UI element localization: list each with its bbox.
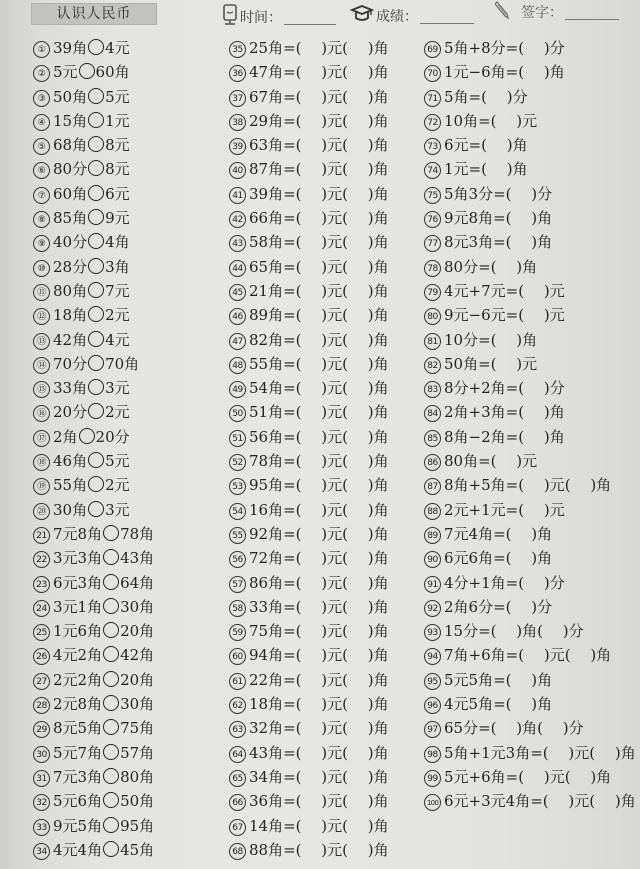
comparison-circle[interactable] — [88, 88, 104, 104]
comparison-circle[interactable] — [103, 646, 119, 662]
problem-number: 57 — [229, 576, 246, 593]
left-amount: 8元5角 — [53, 719, 102, 737]
left-amount: 46角 — [53, 452, 87, 470]
calculation-problem: 878角+5角=( )元( )角 — [424, 473, 639, 497]
comparison-circle[interactable] — [88, 258, 104, 274]
problem-text[interactable]: 87角=( )元( )角 — [249, 160, 389, 178]
problem-text[interactable]: 6元=( )角 — [444, 136, 528, 154]
conversion-problem: 6218角=( )元( )角 — [229, 692, 419, 716]
problem-number: 30 — [33, 746, 50, 763]
problem-number: ⑦ — [33, 187, 50, 204]
problem-text[interactable]: 47角=( )元( )角 — [249, 63, 389, 81]
calculation-problem: 955元5角=( )角 — [424, 668, 639, 692]
right-amount: 2元 — [105, 403, 130, 421]
comparison-circle[interactable] — [103, 525, 119, 541]
problem-number: 77 — [424, 235, 441, 252]
right-amount: 8元 — [105, 136, 130, 154]
problem-text[interactable]: 75角=( )元( )角 — [249, 622, 389, 640]
problem-text[interactable]: 4元5角=( )角 — [444, 695, 552, 713]
left-amount: 2角 — [53, 428, 78, 446]
problem-text[interactable]: 10角=( )元 — [444, 112, 537, 130]
problem-number: 45 — [229, 284, 246, 301]
conversion-problem: 6443角=( )元( )角 — [229, 741, 419, 765]
problem-text[interactable]: 80角=( )元 — [444, 452, 537, 470]
calculation-problem: 755角3分=( )分 — [424, 182, 639, 206]
comparison-circle[interactable] — [88, 209, 104, 225]
signature-input[interactable] — [565, 5, 619, 20]
problem-number: 46 — [229, 308, 246, 325]
problem-number: 28 — [33, 697, 50, 714]
problem-number: 62 — [229, 697, 246, 714]
comparison-circle[interactable] — [79, 428, 95, 444]
problem-text[interactable]: 94角=( )元( )角 — [249, 646, 389, 664]
comparison-problem: ④15角1元 — [33, 109, 223, 133]
problem-text[interactable]: 66角=( )元( )角 — [249, 209, 389, 227]
problem-text[interactable]: 7角+6角=( )元( )角 — [444, 646, 611, 664]
comparison-circle[interactable] — [103, 671, 119, 687]
problem-text[interactable]: 2角6分=( )分 — [444, 598, 552, 616]
problem-number: ⑨ — [33, 235, 50, 252]
comparison-problem: ⑳30角3元 — [33, 498, 223, 522]
calculation-problem: 695角+8分=( )分 — [424, 36, 639, 60]
problem-text[interactable]: 15分=( )角( )分 — [444, 622, 584, 640]
problem-number: 88 — [424, 503, 441, 520]
problem-number: ⑩ — [33, 260, 50, 277]
calculation-problem: 7210角=( )元 — [424, 109, 639, 133]
calculation-problem: 947角+6角=( )元( )角 — [424, 643, 639, 667]
right-amount: 57角 — [120, 744, 154, 762]
right-amount: 20角 — [120, 671, 154, 689]
problem-text[interactable]: 29角=( )元( )角 — [249, 112, 389, 130]
calculation-problem: 922角6分=( )分 — [424, 595, 639, 619]
problem-number: ⑳ — [33, 503, 50, 520]
conversion-problem: 5051角=( )元( )角 — [229, 400, 419, 424]
left-amount: 33角 — [53, 379, 87, 397]
left-amount: 40分 — [53, 233, 87, 251]
left-amount: 50角 — [53, 88, 87, 106]
problem-text[interactable]: 65分=( )角( )分 — [444, 719, 584, 737]
problem-number: ⑭ — [33, 357, 50, 374]
conversion-column: 3525角=( )元( )角3647角=( )元( )角3767角=( )元( … — [229, 36, 419, 862]
comparison-problem: ⑮33角3元 — [33, 376, 223, 400]
problem-number: 71 — [424, 90, 441, 107]
problem-text[interactable]: 95角=( )元( )角 — [249, 476, 389, 494]
comparison-circle[interactable] — [88, 233, 104, 249]
problem-number: 100 — [424, 794, 441, 811]
left-amount: 60角 — [53, 185, 87, 203]
comparison-circle[interactable] — [79, 63, 95, 79]
calculation-problem: 7880分=( )角 — [424, 255, 639, 279]
comparison-problem: ⑲55角2元 — [33, 473, 223, 497]
comparison-problem: 251元6角20角 — [33, 619, 223, 643]
right-amount: 30角 — [120, 598, 154, 616]
problem-number: 64 — [229, 746, 246, 763]
comparison-circle[interactable] — [88, 185, 104, 201]
comparison-circle[interactable] — [88, 501, 104, 517]
problem-number: 34 — [33, 843, 50, 860]
problem-text[interactable]: 9元8角=( )角 — [444, 209, 552, 227]
problem-text[interactable]: 88角=( )元( )角 — [249, 841, 389, 859]
problem-number: 40 — [229, 162, 246, 179]
problem-number: 50 — [229, 405, 246, 422]
problem-text[interactable]: 55角=( )元( )角 — [249, 355, 389, 373]
comparison-problem: ⑱46角5元 — [33, 449, 223, 473]
right-amount: 4角 — [105, 233, 130, 251]
problem-text[interactable]: 43角=( )元( )角 — [249, 744, 389, 762]
problem-number: 43 — [229, 235, 246, 252]
problem-number: ⑫ — [33, 308, 50, 325]
comparison-circle[interactable] — [88, 331, 104, 347]
problem-text[interactable]: 5角+1元3角=( )元( )角 — [444, 744, 636, 762]
right-amount: 3元 — [105, 501, 130, 519]
comparison-circle[interactable] — [103, 841, 119, 857]
problem-number: ① — [33, 41, 50, 58]
comparison-problem: ⑯20分2元 — [33, 400, 223, 424]
problem-number: ⑱ — [33, 454, 50, 471]
problem-text[interactable]: 80分=( )角 — [444, 258, 537, 276]
problem-text[interactable]: 25角=( )元( )角 — [249, 39, 389, 57]
problem-text[interactable]: 39角=( )元( )角 — [249, 185, 389, 203]
problem-text[interactable]: 82角=( )元( )角 — [249, 331, 389, 349]
calculation-problem: 794元+7元=( )元 — [424, 279, 639, 303]
conversion-problem: 5278角=( )元( )角 — [229, 449, 419, 473]
problem-number: 81 — [424, 333, 441, 350]
conversion-problem: 5975角=( )元( )角 — [229, 619, 419, 643]
problem-number: ⑬ — [33, 333, 50, 350]
comparison-column: ①39角4元②5元60角③50角5元④15角1元⑤68角8元⑥80分8元⑦60角… — [33, 36, 223, 862]
calculation-problem: 736元=( )角 — [424, 133, 639, 157]
problem-number: 82 — [424, 357, 441, 374]
problem-number: 42 — [229, 211, 246, 228]
left-amount: 2元8角 — [53, 695, 102, 713]
problem-number: 68 — [229, 843, 246, 860]
conversion-problem: 3963角=( )元( )角 — [229, 133, 419, 157]
right-amount: 70角 — [105, 355, 139, 373]
problem-text[interactable]: 33角=( )元( )角 — [249, 598, 389, 616]
comparison-problem: ⑦60角6元 — [33, 182, 223, 206]
calculation-problem: 701元−6角=( )角 — [424, 60, 639, 84]
left-amount: 5元6角 — [53, 792, 102, 810]
calculation-problem: 9315分=( )角( )分 — [424, 619, 639, 643]
problem-text[interactable]: 51角=( )元( )角 — [249, 403, 389, 421]
comparison-problem: 317元3角80角 — [33, 765, 223, 789]
calculation-problem: 858角−2角=( )角 — [424, 425, 639, 449]
problem-number: ⑪ — [33, 284, 50, 301]
left-amount: 3元3角 — [53, 549, 102, 567]
conversion-problem: 5592角=( )元( )角 — [229, 522, 419, 546]
calculation-problem: 809元−6元=( )元 — [424, 303, 639, 327]
problem-text[interactable]: 63角=( )元( )角 — [249, 136, 389, 154]
conversion-problem: 6122角=( )元( )角 — [229, 668, 419, 692]
comparison-circle[interactable] — [103, 598, 119, 614]
problem-number: 78 — [424, 260, 441, 277]
comparison-circle[interactable] — [103, 622, 119, 638]
comparison-problem: ⑩28分3角 — [33, 255, 223, 279]
left-amount: 39角 — [53, 39, 87, 57]
left-amount: 5元7角 — [53, 744, 102, 762]
problem-text[interactable]: 18角=( )元( )角 — [249, 695, 389, 713]
left-amount: 20分 — [53, 403, 87, 421]
problem-text[interactable]: 5角=( )分 — [444, 88, 528, 106]
problem-number: ④ — [33, 114, 50, 131]
problem-text[interactable]: 8元3角=( )角 — [444, 233, 552, 251]
time-field: 时间： — [222, 4, 336, 31]
problem-text[interactable]: 58角=( )元( )角 — [249, 233, 389, 251]
problem-number: 59 — [229, 624, 246, 641]
comparison-problem: 243元1角30角 — [33, 595, 223, 619]
conversion-problem: 4139角=( )元( )角 — [229, 182, 419, 206]
problem-text[interactable]: 10分=( )角 — [444, 331, 537, 349]
problem-text[interactable]: 54角=( )元( )角 — [249, 379, 389, 397]
problem-text[interactable]: 67角=( )元( )角 — [249, 88, 389, 106]
comparison-circle[interactable] — [103, 744, 119, 760]
problem-number: ⑲ — [33, 478, 50, 495]
left-amount: 6元3角 — [53, 574, 102, 592]
right-amount: 95角 — [120, 817, 154, 835]
problem-number: 60 — [229, 648, 246, 665]
problem-number: 72 — [424, 114, 441, 131]
problem-number: ⑰ — [33, 430, 50, 447]
score-input[interactable] — [420, 9, 474, 24]
comparison-circle[interactable] — [88, 136, 104, 152]
problem-number: 27 — [33, 673, 50, 690]
comparison-circle[interactable] — [103, 695, 119, 711]
comparison-circle[interactable] — [88, 355, 104, 371]
calculation-problem: 778元3角=( )角 — [424, 230, 639, 254]
problem-text[interactable]: 92角=( )元( )角 — [249, 525, 389, 543]
comparison-problem: 305元7角57角 — [33, 741, 223, 765]
problem-number: 35 — [229, 41, 246, 58]
comparison-circle[interactable] — [103, 719, 119, 735]
conversion-problem: 4689角=( )元( )角 — [229, 303, 419, 327]
problem-number: 26 — [33, 648, 50, 665]
problem-text[interactable]: 8分+2角=( )分 — [444, 379, 565, 397]
problem-text[interactable]: 78角=( )元( )角 — [249, 452, 389, 470]
problem-number: ⑮ — [33, 381, 50, 398]
problem-number: 54 — [229, 503, 246, 520]
comparison-circle[interactable] — [88, 379, 104, 395]
problem-number: 98 — [424, 746, 441, 763]
problem-text[interactable]: 86角=( )元( )角 — [249, 574, 389, 592]
comparison-circle[interactable] — [88, 476, 104, 492]
right-amount: 50角 — [120, 792, 154, 810]
conversion-problem: 3767角=( )元( )角 — [229, 85, 419, 109]
problem-number: 96 — [424, 697, 441, 714]
conversion-problem: 4782角=( )元( )角 — [229, 328, 419, 352]
comparison-problem: ⑨40分4角 — [33, 230, 223, 254]
problem-number: 83 — [424, 381, 441, 398]
right-amount: 7元 — [105, 282, 130, 300]
right-amount: 64角 — [120, 574, 154, 592]
calculation-problem: 8250角=( )元 — [424, 352, 639, 376]
right-amount: 6元 — [105, 185, 130, 203]
problem-number: 84 — [424, 405, 441, 422]
comparison-circle[interactable] — [88, 160, 104, 176]
left-amount: 28分 — [53, 258, 87, 276]
right-amount: 1元 — [105, 112, 130, 130]
conversion-problem: 3647角=( )元( )角 — [229, 60, 419, 84]
comparison-circle[interactable] — [103, 817, 119, 833]
comparison-problem: ⑰2角20分 — [33, 425, 223, 449]
problem-text[interactable]: 65角=( )元( )角 — [249, 258, 389, 276]
left-amount: 68角 — [53, 136, 87, 154]
problem-text[interactable]: 6元6角=( )角 — [444, 549, 552, 567]
calculation-problem: 715角=( )分 — [424, 85, 639, 109]
problem-text[interactable]: 1元−6角=( )角 — [444, 63, 565, 81]
conversion-problem: 4855角=( )元( )角 — [229, 352, 419, 376]
problem-number: 22 — [33, 551, 50, 568]
problem-number: 74 — [424, 162, 441, 179]
problem-number: 58 — [229, 600, 246, 617]
problem-text[interactable]: 36角=( )元( )角 — [249, 792, 389, 810]
problem-number: 95 — [424, 673, 441, 690]
problem-number: 65 — [229, 770, 246, 787]
right-amount: 2元 — [105, 476, 130, 494]
comparison-problem: ①39角4元 — [33, 36, 223, 60]
comparison-problem: 217元8角78角 — [33, 522, 223, 546]
problem-number: 25 — [33, 624, 50, 641]
problem-text[interactable]: 4分+1角=( )分 — [444, 574, 565, 592]
problem-text[interactable]: 16角=( )元( )角 — [249, 501, 389, 519]
problem-text[interactable]: 32角=( )元( )角 — [249, 719, 389, 737]
comparison-circle[interactable] — [88, 39, 104, 55]
problem-text[interactable]: 34角=( )元( )角 — [249, 768, 389, 786]
problem-number: 79 — [424, 284, 441, 301]
conversion-problem: 6332角=( )元( )角 — [229, 716, 419, 740]
comparison-circle[interactable] — [103, 768, 119, 784]
problem-text[interactable]: 5元5角=( )角 — [444, 671, 552, 689]
calculation-problem: 838分+2角=( )分 — [424, 376, 639, 400]
time-input[interactable] — [284, 10, 336, 25]
left-amount: 7元3角 — [53, 768, 102, 786]
problem-number: 21 — [33, 527, 50, 544]
problem-text[interactable]: 6元+3元4角=( )元( )角 — [444, 792, 636, 810]
right-amount: 4元 — [105, 331, 130, 349]
comparison-circle[interactable] — [88, 306, 104, 322]
left-amount: 3元1角 — [53, 598, 102, 616]
problem-text[interactable]: 50角=( )元 — [444, 355, 537, 373]
problem-number: 56 — [229, 551, 246, 568]
problem-number: 44 — [229, 260, 246, 277]
problem-number: 70 — [424, 65, 441, 82]
comparison-circle[interactable] — [88, 112, 104, 128]
problem-number: 51 — [229, 430, 246, 447]
problem-text[interactable]: 5角3分=( )分 — [444, 185, 552, 203]
right-amount: 20分 — [96, 428, 130, 446]
left-amount: 55角 — [53, 476, 87, 494]
problem-text[interactable]: 21角=( )元( )角 — [249, 282, 389, 300]
conversion-problem: 5786角=( )元( )角 — [229, 571, 419, 595]
calculation-problem: 9765分=( )角( )分 — [424, 716, 639, 740]
left-amount: 4元4角 — [53, 841, 102, 859]
comparison-circle[interactable] — [88, 403, 104, 419]
problem-text[interactable]: 8角−2角=( )角 — [444, 428, 565, 446]
left-amount: 18角 — [53, 306, 87, 324]
comparison-circle[interactable] — [103, 549, 119, 565]
conversion-problem: 6534角=( )元( )角 — [229, 765, 419, 789]
problem-number: 33 — [33, 819, 50, 836]
problem-number: 93 — [424, 624, 441, 641]
problem-number: 92 — [424, 600, 441, 617]
problem-number: 75 — [424, 187, 441, 204]
comparison-problem: 272元2角20角 — [33, 668, 223, 692]
problem-text[interactable]: 1元=( )角 — [444, 160, 528, 178]
problem-number: 61 — [229, 673, 246, 690]
calculation-problem: 995元+6角=( )元( )角 — [424, 765, 639, 789]
left-amount: 42角 — [53, 331, 87, 349]
right-amount: 3角 — [105, 258, 130, 276]
problem-text[interactable]: 72角=( )元( )角 — [249, 549, 389, 567]
left-amount: 85角 — [53, 209, 87, 227]
worksheet-title: 认识人民币 — [31, 3, 157, 25]
problem-text[interactable]: 5角+8分=( )分 — [444, 39, 565, 57]
problem-text[interactable]: 89角=( )元( )角 — [249, 306, 389, 324]
problem-number: 24 — [33, 600, 50, 617]
comparison-problem: 298元5角75角 — [33, 716, 223, 740]
problem-number: 85 — [424, 430, 441, 447]
problem-number: 69 — [424, 41, 441, 58]
right-amount: 20角 — [120, 622, 154, 640]
problem-number: 89 — [424, 527, 441, 544]
conversion-problem: 5833角=( )元( )角 — [229, 595, 419, 619]
problem-number: 67 — [229, 819, 246, 836]
problem-text[interactable]: 5元+6角=( )元( )角 — [444, 768, 611, 786]
calculation-problem: 1006元+3元4角=( )元( )角 — [424, 789, 639, 813]
problem-number: ⑤ — [33, 138, 50, 155]
problem-text[interactable]: 56角=( )元( )角 — [249, 428, 389, 446]
conversion-problem: 5395角=( )元( )角 — [229, 473, 419, 497]
problem-text[interactable]: 9元−6元=( )元 — [444, 306, 565, 324]
problem-text[interactable]: 14角=( )元( )角 — [249, 817, 389, 835]
comparison-circle[interactable] — [88, 282, 104, 298]
conversion-problem: 6714角=( )元( )角 — [229, 814, 419, 838]
calculation-problem: 897元4角=( )角 — [424, 522, 639, 546]
problem-text[interactable]: 2角+3角=( )角 — [444, 403, 565, 421]
comparison-problem: ⑭70分70角 — [33, 352, 223, 376]
calculation-problem: 842角+3角=( )角 — [424, 400, 639, 424]
comparison-circle[interactable] — [103, 792, 119, 808]
problem-number: 66 — [229, 794, 246, 811]
time-label: 时间： — [240, 9, 282, 27]
left-amount: 80角 — [53, 282, 87, 300]
problem-text[interactable]: 22角=( )元( )角 — [249, 671, 389, 689]
problem-number: ⑥ — [33, 162, 50, 179]
problem-number: 31 — [33, 770, 50, 787]
comparison-problem: 282元8角30角 — [33, 692, 223, 716]
conversion-problem: 3829角=( )元( )角 — [229, 109, 419, 133]
conversion-problem: 5416角=( )元( )角 — [229, 498, 419, 522]
problem-number: 86 — [424, 454, 441, 471]
right-amount: 2元 — [105, 306, 130, 324]
conversion-problem: 6636角=( )元( )角 — [229, 789, 419, 813]
problem-number: 38 — [229, 114, 246, 131]
problem-text[interactable]: 8角+5角=( )元( )角 — [444, 476, 611, 494]
conversion-problem: 6094角=( )元( )角 — [229, 643, 419, 667]
problem-number: 32 — [33, 794, 50, 811]
comparison-problem: ⑧85角9元 — [33, 206, 223, 230]
problem-number: 76 — [424, 211, 441, 228]
problem-number: 41 — [229, 187, 246, 204]
comparison-problem: 325元6角50角 — [33, 789, 223, 813]
problem-text[interactable]: 2元+1元=( )元 — [444, 501, 565, 519]
problem-text[interactable]: 7元4角=( )角 — [444, 525, 552, 543]
problem-text[interactable]: 4元+7元=( )元 — [444, 282, 565, 300]
right-amount: 5元 — [105, 88, 130, 106]
comparison-circle[interactable] — [103, 574, 119, 590]
comparison-circle[interactable] — [88, 452, 104, 468]
left-amount: 1元6角 — [53, 622, 102, 640]
pencil-icon — [495, 0, 513, 25]
